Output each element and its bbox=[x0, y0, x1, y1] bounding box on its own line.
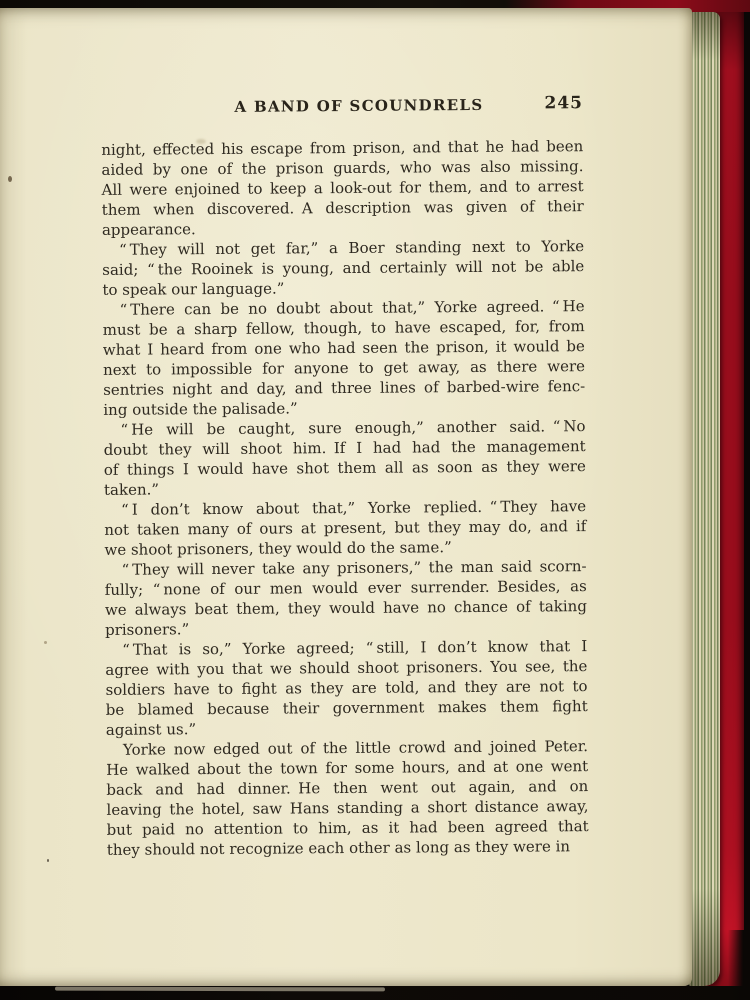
paragraph: “ There can be no doubt about that,” Yor… bbox=[102, 296, 585, 420]
text-line: sentries night and day, and three lines … bbox=[103, 376, 585, 400]
paragraph: “ They will never take any prisoners,” t… bbox=[105, 556, 588, 640]
page-speck bbox=[47, 859, 49, 862]
running-header-title: A BAND OF SCOUNDRELS bbox=[200, 96, 483, 116]
text-line: they should not recognize each other as … bbox=[107, 836, 589, 860]
text-line: of things I would have shot them all as … bbox=[104, 456, 586, 480]
text-line: them when discovered. A description was … bbox=[102, 196, 584, 220]
corner-shadow bbox=[728, 930, 750, 1000]
page-speck bbox=[44, 641, 47, 644]
book-scan: A BAND OF SCOUNDRELS 245 night, effected… bbox=[0, 0, 750, 1000]
running-header: A BAND OF SCOUNDRELS 245 bbox=[101, 95, 583, 121]
book-page: A BAND OF SCOUNDRELS 245 night, effected… bbox=[0, 8, 692, 986]
text-line: we always beat them, they would have no … bbox=[105, 596, 587, 620]
text-line: said; “ the Rooinek is young, and certai… bbox=[102, 256, 584, 280]
page-content: A BAND OF SCOUNDRELS 245 night, effected… bbox=[101, 95, 589, 860]
paragraph: “ I don’t know about that,” Yorke replie… bbox=[104, 496, 586, 560]
page-speck bbox=[8, 176, 12, 182]
page-number: 245 bbox=[544, 93, 583, 113]
page-text: night, effected his escape from prison, … bbox=[101, 136, 589, 860]
paragraph: “ That is so,” Yorke agreed; “ still, I … bbox=[105, 636, 588, 740]
paragraph: “ They will not get far,” a Boer standin… bbox=[102, 236, 584, 300]
page-speck bbox=[196, 139, 206, 144]
paragraph: Yorke now edged out of the little crowd … bbox=[106, 736, 589, 860]
paragraph: night, effected his escape from prison, … bbox=[101, 136, 584, 240]
text-line: be blamed because their government makes… bbox=[106, 696, 588, 720]
text-line: not taken many of ours at present, but t… bbox=[104, 516, 586, 540]
desk-edge bbox=[55, 987, 385, 992]
paragraph: “ He will be caught, sure enough,” anoth… bbox=[103, 416, 586, 500]
page-stack-edges bbox=[688, 12, 720, 986]
